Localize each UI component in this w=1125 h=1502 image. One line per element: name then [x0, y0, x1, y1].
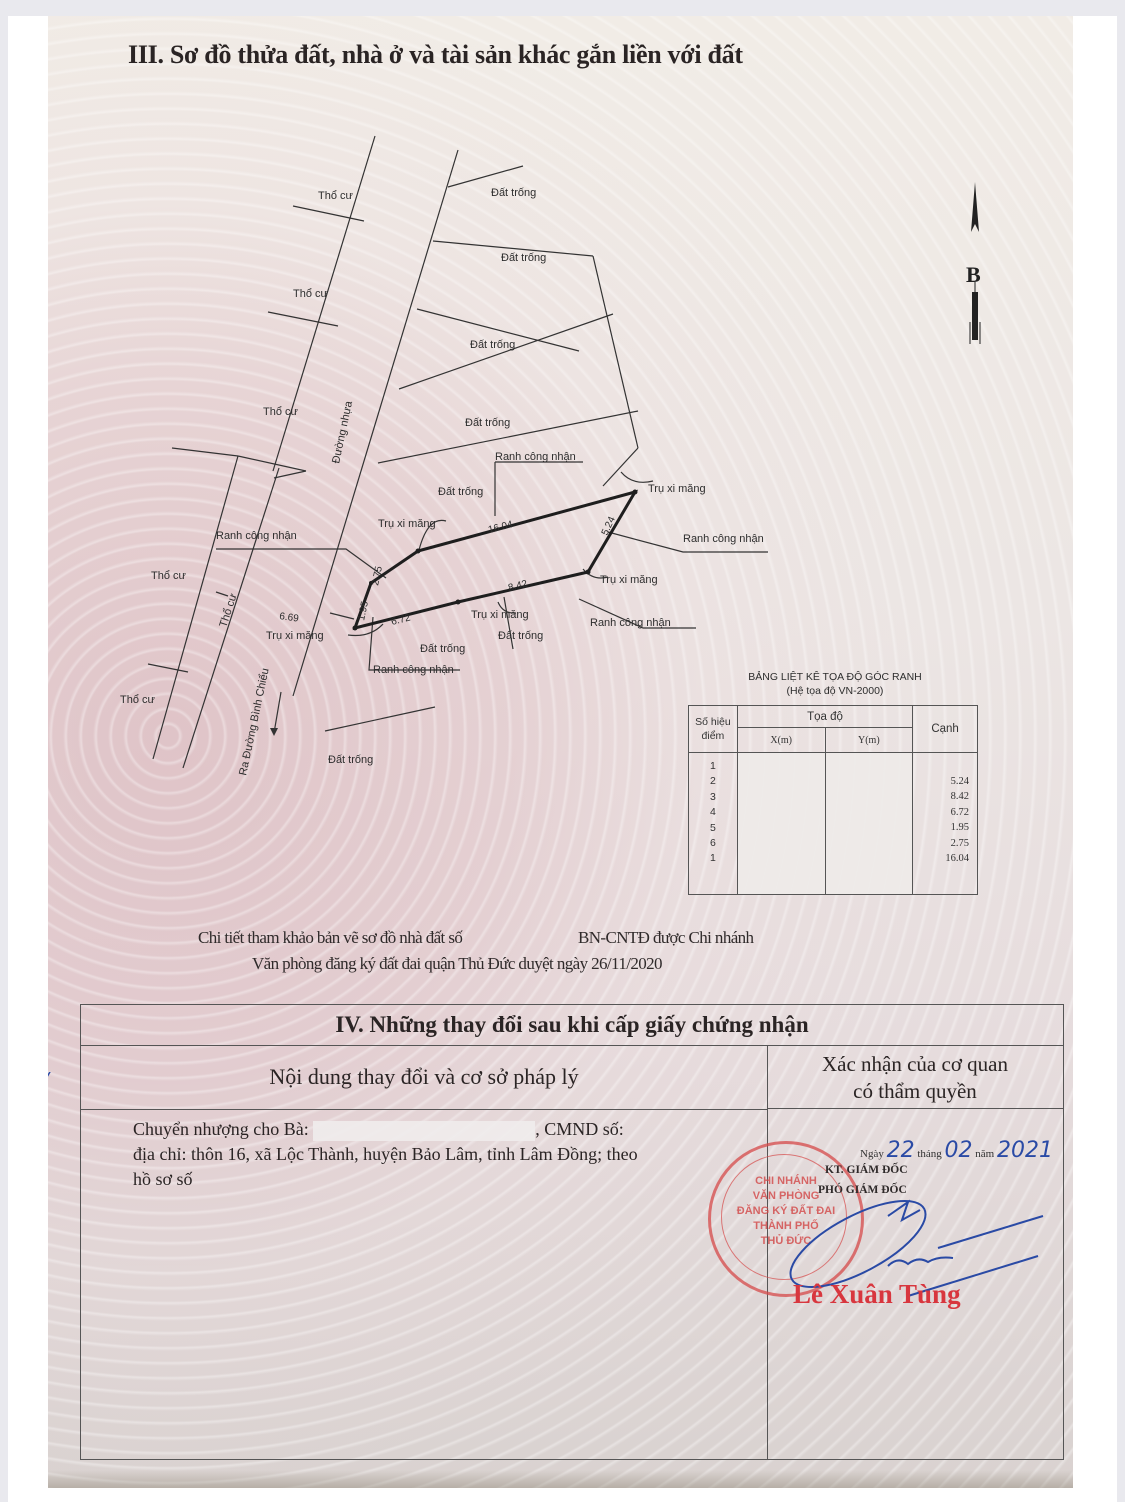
certificate-page: III. Sơ đồ thửa đất, nhà ở và tài sản kh…: [48, 16, 1073, 1488]
svg-text:Ranh công nhận: Ranh công nhận: [373, 664, 454, 676]
svg-text:Ranh công nhận: Ranh công nhận: [590, 617, 671, 629]
coord-point: 3: [689, 790, 737, 805]
svg-text:Đất trống: Đất trống: [420, 643, 465, 655]
changes-header-content: Nội dung thay đổi và cơ sở pháp lý: [81, 1045, 767, 1110]
svg-text:Trụ xi măng: Trụ xi măng: [600, 574, 658, 586]
coord-header-x: X(m): [737, 728, 825, 753]
label-dat-trong: Đất trống: [491, 187, 536, 199]
coord-edge: 1.95: [913, 820, 969, 835]
coord-point: 1: [689, 759, 737, 774]
svg-text:Đất trống: Đất trống: [465, 417, 510, 429]
coord-edge-list: 5.248.426.721.952.7516.04: [913, 753, 978, 895]
coord-header-coords: Tọa độ: [737, 706, 912, 728]
coord-edge: 5.24: [913, 774, 969, 789]
reference-line-2: Văn phòng đăng ký đất đai quận Thủ Đức d…: [252, 954, 662, 974]
svg-text:Đất trống: Đất trống: [438, 486, 483, 498]
coord-table: Số hiệu điểm Tọa độ Cạnh X(m) Y(m) 12345…: [688, 705, 978, 895]
coord-x-redacted: [737, 753, 825, 895]
coord-edge: 16.04: [913, 851, 969, 866]
label-duong-nhua: Đường nhựa: [330, 399, 355, 464]
coord-header-point: Số hiệu điểm: [689, 706, 738, 753]
coord-edge: 6.72: [913, 805, 969, 820]
coord-edge: 2.75: [913, 836, 969, 851]
label-tru-xi-mang: Trụ xi măng: [378, 518, 436, 530]
coord-point-list: 1234561: [689, 753, 738, 895]
svg-text:Đất trống: Đất trống: [470, 339, 515, 351]
signer-title-1: KT. GIÁM ĐỐC: [825, 1164, 908, 1176]
svg-text:Thổ cư: Thổ cư: [293, 288, 329, 300]
coord-header-edge: Cạnh: [913, 706, 978, 753]
change-entry: Chuyển nhượng cho Bà: , CMND số: địa chỉ…: [133, 1117, 773, 1192]
svg-text:Ranh công nhận: Ranh công nhận: [216, 530, 297, 542]
svg-text:Thổ cư: Thổ cư: [151, 570, 187, 582]
section-4-title: IV. Những thay đổi sau khi cấp giấy chứn…: [81, 1005, 1063, 1046]
label-ra-duong-binh-chieu: Ra Đường Bình Chiểu: [237, 667, 271, 776]
svg-text:Thổ cư: Thổ cư: [120, 694, 156, 706]
edge-length-left-lower: 1.95: [356, 600, 371, 622]
north-arrow-icon: B: [960, 182, 990, 352]
coord-point: 1: [689, 851, 737, 866]
coord-table-title: BẢNG LIỆT KÊ TỌA ĐỘ GÓC RANH: [720, 670, 950, 684]
signer-title-2: PHÓ GIÁM ĐỐC: [818, 1184, 907, 1196]
coord-table-caption: BẢNG LIỆT KÊ TỌA ĐỘ GÓC RANH (Hệ tọa độ …: [720, 670, 950, 698]
coord-point: 2: [689, 774, 737, 789]
label-tho-cu: Thổ cư: [318, 190, 354, 202]
edge-length-bottom-left: 6.72: [390, 612, 412, 627]
svg-text:Đất trống: Đất trống: [328, 754, 373, 766]
confirmation-date: Ngày 22 tháng 02 năm 2021: [860, 1138, 1053, 1163]
coord-point: 6: [689, 836, 737, 851]
svg-text:Đất trống: Đất trống: [501, 252, 546, 264]
svg-text:Trụ xi măng: Trụ xi măng: [266, 630, 324, 642]
edge-length-bottom-right: 8.42: [507, 578, 529, 593]
svg-text:B: B: [966, 262, 981, 287]
redacted-name: [313, 1121, 535, 1141]
label-ranh-cong-nhan: Ranh công nhận: [495, 451, 576, 463]
changes-header-confirmation: Xác nhận của cơ quan có thẩm quyền: [767, 1045, 1063, 1109]
svg-text:Trụ xi măng: Trụ xi măng: [648, 483, 706, 495]
svg-text:Đất trống: Đất trống: [498, 630, 543, 642]
coord-header-y: Y(m): [825, 728, 913, 753]
reference-line-1b: BN-CNTĐ được Chi nhánh: [578, 928, 753, 948]
coord-table-subtitle: (Hệ tọa độ VN-2000): [720, 684, 950, 698]
edge-length-top: 16.04: [487, 519, 514, 536]
edge-length-outside: 6.69: [279, 611, 300, 625]
svg-text:Ranh công nhận: Ranh công nhận: [683, 533, 764, 545]
coord-point: 4: [689, 805, 737, 820]
svg-text:Thổ cư: Thổ cư: [217, 591, 239, 628]
pen-mark: ᵛ: [48, 1064, 52, 1097]
svg-text:Thổ cư: Thổ cư: [263, 406, 299, 418]
coord-y-redacted: [825, 753, 913, 895]
coord-edge: 8.42: [913, 789, 969, 804]
svg-text:Trụ xi măng: Trụ xi măng: [471, 609, 529, 621]
signer-name: Lê Xuân Tùng: [793, 1279, 961, 1310]
coord-point: 5: [689, 821, 737, 836]
reference-line-1a: Chi tiết tham khảo bản vẽ sơ đồ nhà đất …: [198, 928, 462, 948]
